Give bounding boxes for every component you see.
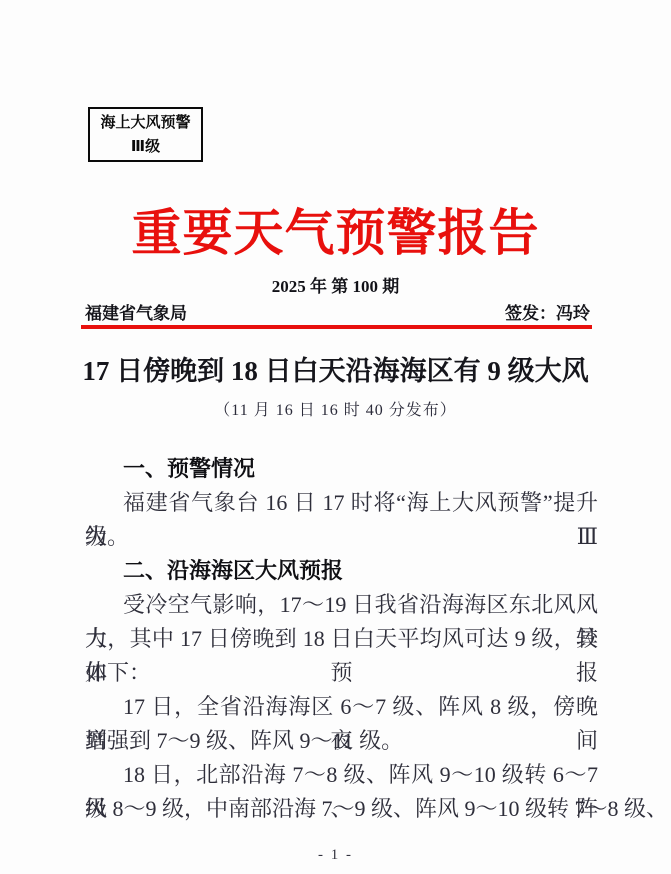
release-time: （11 月 16 日 16 时 40 分发布） bbox=[0, 397, 671, 420]
issuer-row: 福建省气象局 签发：冯玲 bbox=[85, 299, 590, 324]
warning-badge-type: 海上大风预警 bbox=[100, 111, 190, 134]
body-line: 17 日，全省沿海海区 6～7 级、阵风 8 级，傍晚到夜间 bbox=[85, 690, 598, 724]
body-line: 18 日，北部沿海 7～8 级、阵风 9～10 级转 6～7 级、阵 bbox=[85, 758, 598, 792]
page-number: - 1 - bbox=[0, 847, 671, 864]
warning-badge-level: Ⅲ级 bbox=[131, 135, 160, 158]
body-line: 大，其中 17 日傍晚到 18 日白天平均风可达 9 级，具体预报 bbox=[85, 622, 598, 656]
report-title: 重要天气预警报告 bbox=[0, 193, 671, 265]
body-line: 福建省气象台 16 日 17 时将“海上大风预警”提升为Ⅲ bbox=[85, 486, 598, 520]
issue-number: 2025 年 第 100 期 bbox=[0, 272, 671, 297]
section-heading: 一、预警情况 bbox=[85, 452, 598, 486]
warning-level-badge: 海上大风预警 Ⅲ级 bbox=[88, 107, 203, 162]
red-divider-rule bbox=[81, 325, 592, 329]
section-heading: 二、沿海海区大风预报 bbox=[85, 554, 598, 588]
body-line: 受冷空气影响，17～19 日我省沿海海区东北风风力较 bbox=[85, 588, 598, 622]
subject-heading: 17 日傍晚到 18 日白天沿海海区有 9 级大风 bbox=[0, 349, 671, 388]
report-body: 一、预警情况 福建省气象台 16 日 17 时将“海上大风预警”提升为Ⅲ 级。 … bbox=[85, 452, 598, 826]
body-line: 风 8～9 级，中南部沿海 7～9 级、阵风 9～10 级转 7～8 级、 bbox=[85, 792, 598, 826]
signer-name: 签发：冯玲 bbox=[505, 299, 590, 324]
issuing-agency: 福建省气象局 bbox=[85, 299, 187, 324]
weather-warning-report-page: 海上大风预警 Ⅲ级 重要天气预警报告 2025 年 第 100 期 福建省气象局… bbox=[0, 0, 671, 874]
